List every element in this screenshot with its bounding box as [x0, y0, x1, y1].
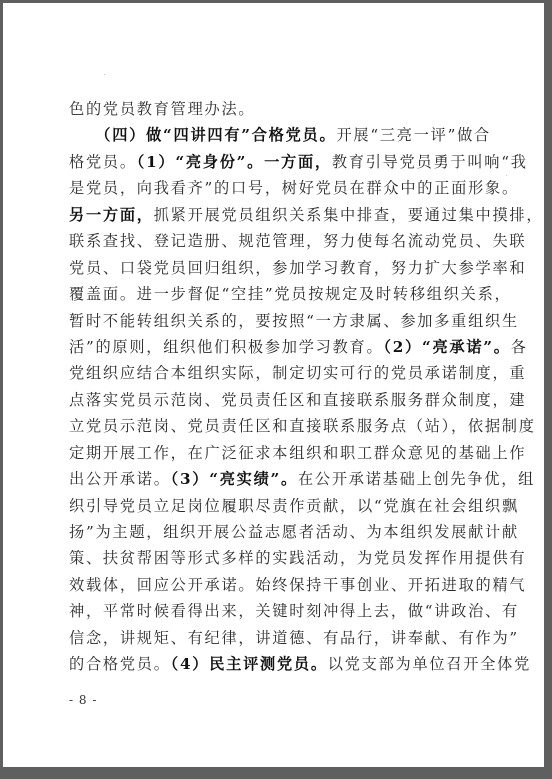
text-segment: 各 [511, 338, 528, 356]
text-line: 定期开展工作，在广泛征求本组织和职工群众意见的基础上作 [69, 440, 445, 466]
text-line: 立党员示范岗、党员责任区和直接联系服务点（站），依据制度 [69, 413, 445, 439]
text-line: 联系查找、登记造册、规范管理，努力使每名流动党员、失联 [69, 228, 445, 254]
text-line: 扬”为主题，组织开展公益志愿者活动、为本组织发展献计献 [69, 519, 445, 545]
text-segment: 立党员示范岗、党员责任区和直接联系服务点（站），依据制度 [69, 417, 536, 435]
text-line: 色的党员教育管理办法。 [69, 96, 445, 122]
text-segment: 覆盖面。进一步督促“空挂”党员按规定及时转移组织关系， [69, 285, 511, 303]
text-segment: 策、扶贫帮困等形式多样的实践活动，为党员发挥作用提供有 [69, 549, 526, 567]
scan-speck [505, 592, 506, 593]
text-line: 党组织应结合本组织实际，制定切实可行的党员承诺制度，重 [69, 360, 445, 386]
text-segment: 活”的原则，组织他们积极参加学习教育。 [69, 338, 383, 356]
text-line: 格党员。（1）“亮身份”。一方面，教育引导党员勇于叫响“我 [69, 149, 445, 175]
text-line: 覆盖面。进一步督促“空挂”党员按规定及时转移组织关系， [69, 281, 445, 307]
text-segment: 教育引导党员勇于叫响“我 [332, 153, 528, 171]
bold-segment: （1）“亮身份”。一方面， [137, 153, 332, 171]
text-line: 点落实党员示范岗、党员责任区和直接联系服务群众制度，建 [69, 387, 445, 413]
bold-segment: （3）“亮实绩”。 [171, 470, 298, 488]
text-segment: 的合格党员。 [69, 655, 171, 673]
text-segment: 党员、口袋党员回归组织，参加学习教育，努力扩大参学率和 [69, 259, 526, 277]
text-line: 党员、口袋党员回归组织，参加学习教育，努力扩大参学率和 [69, 255, 445, 281]
text-segment: 暂时不能转组织关系的，要按照“一方隶属、参加多重组织生 [69, 312, 519, 330]
text-segment: 是党员，向我看齐”的口号，树好党员在群众中的正面形象。 [69, 179, 519, 197]
text-line: 信念，讲规矩、有纪律，讲道德、有品行，讲奉献、有作为” [69, 625, 445, 651]
scan-speck [505, 556, 506, 557]
text-segment: 信念，讲规矩、有纪律，讲道德、有品行，讲奉献、有作为” [69, 629, 519, 647]
text-line: 织引导党员立足岗位履职尽责作贡献，以“党旗在社会组织飘 [69, 493, 445, 519]
text-segment: 联系查找、登记造册、规范管理，努力使每名流动党员、失联 [69, 232, 526, 250]
section-heading: （四）做“四讲四有”合格党员。 [69, 126, 336, 144]
text-line: （四）做“四讲四有”合格党员。开展“三亮一评”做合 [69, 122, 445, 148]
text-segment: 以党支部为单位召开全体党 [328, 655, 531, 673]
text-line: 暂时不能转组织关系的，要按照“一方隶属、参加多重组织生 [69, 308, 445, 334]
text-line: 的合格党员。（4）民主评测党员。以党支部为单位召开全体党 [69, 651, 445, 677]
text-segment: 效载体，回应公开承诺。始终保持干事创业、开拓进取的精气 [69, 576, 526, 594]
document-page: 色的党员教育管理办法。 （四）做“四讲四有”合格党员。开展“三亮一评”做合 格党… [3, 3, 544, 767]
text-line: 神，平常时候看得出来，关键时刻冲得上去，做“讲政治、有 [69, 598, 445, 624]
text-segment: 格党员。 [69, 153, 137, 171]
body-text: 色的党员教育管理办法。 （四）做“四讲四有”合格党员。开展“三亮一评”做合 格党… [69, 96, 445, 678]
text-line: 活”的原则，组织他们积极参加学习教育。（2）“亮承诺”。各 [69, 334, 445, 360]
scan-speck [104, 74, 105, 75]
text-line: 是党员，向我看齐”的口号，树好党员在群众中的正面形象。 [69, 175, 445, 201]
text-segment: 定期开展工作，在广泛征求本组织和职工群众意见的基础上作 [69, 444, 526, 462]
bold-segment: （4）民主评测党员。 [171, 655, 328, 673]
text-segment: 扬”为主题，组织开展公益志愿者活动、为本组织发展献计献 [69, 523, 519, 541]
text-line: 效载体，回应公开承诺。始终保持干事创业、开拓进取的精气 [69, 572, 445, 598]
page-number: - 8 - [69, 693, 97, 707]
text-segment: 抓紧开展党员组织关系集中排查，要通过集中摸排， [154, 206, 544, 224]
scan-speck [506, 175, 507, 176]
text-segment: 党组织应结合本组织实际，制定切实可行的党员承诺制度，重 [69, 364, 526, 382]
text-segment: 神，平常时候看得出来，关键时刻冲得上去，做“讲政治、有 [69, 602, 519, 620]
text-line: 另一方面，抓紧开展党员组织关系集中排查，要通过集中摸排， [69, 202, 445, 228]
text-segment: 在公开承诺基础上创先争优，组 [298, 470, 535, 488]
text-segment: 织引导党员立足岗位履职尽责作贡献，以“党旗在社会组织飘 [69, 497, 519, 515]
text-segment: 点落实党员示范岗、党员责任区和直接联系服务群众制度，建 [69, 391, 526, 409]
text-segment: 出公开承诺。 [69, 470, 171, 488]
text-segment: 色的党员教育管理办法。 [69, 100, 255, 118]
bold-segment: 另一方面， [69, 206, 154, 224]
text-segment: 开展“三亮一评”做合 [336, 126, 491, 144]
bold-segment: （2）“亮承诺”。 [383, 338, 510, 356]
text-line: 策、扶贫帮困等形式多样的实践活动，为党员发挥作用提供有 [69, 545, 445, 571]
text-line: 出公开承诺。（3）“亮实绩”。在公开承诺基础上创先争优，组 [69, 466, 445, 492]
